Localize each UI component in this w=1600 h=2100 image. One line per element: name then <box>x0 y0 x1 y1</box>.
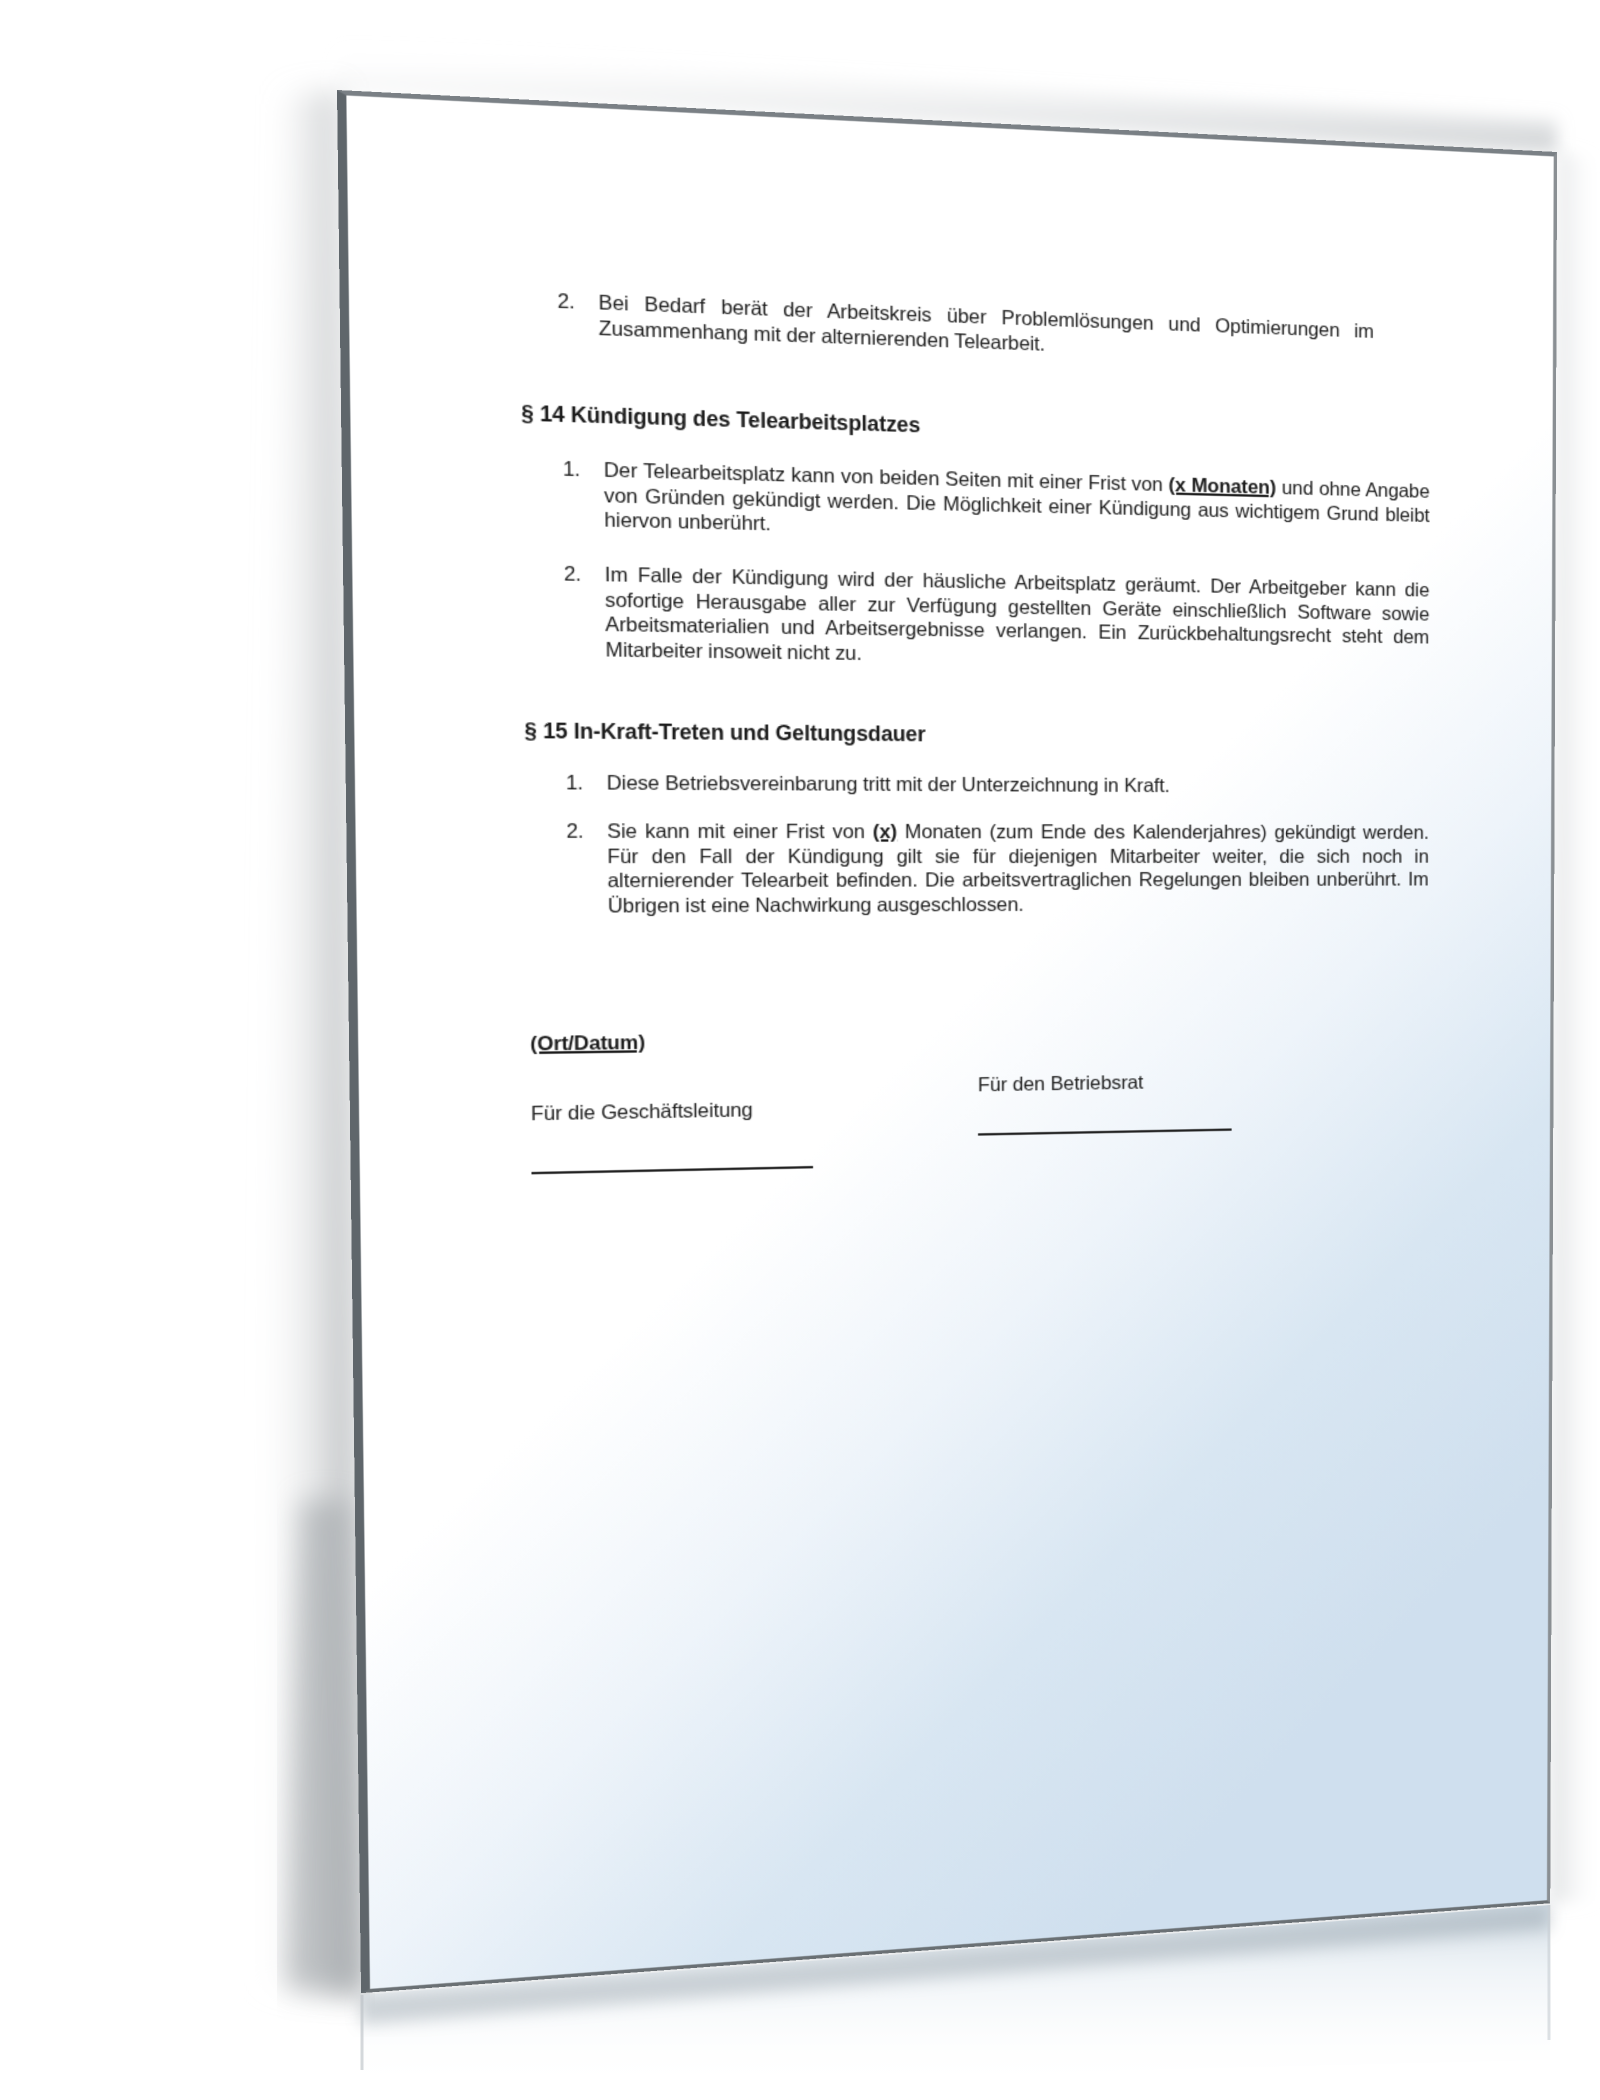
list-item: 1. Diese Betriebsvereinbarung tritt mit … <box>566 771 1443 803</box>
section-heading: § 14 Kündigung des Telearbeitsplatzes <box>521 400 1373 452</box>
list-number: 2. <box>566 820 584 845</box>
list-text: Diese Betriebsvereinbarung tritt mit der… <box>607 771 1429 799</box>
list-text: Bei Bedarf berät der Arbeitskreis über P… <box>598 291 1374 368</box>
list-item: 2. Bei Bedarf berät der Arbeitskreis übe… <box>557 289 1440 380</box>
signature-label-works-council: Für den Betriebsrat <box>978 1071 1144 1098</box>
place-date-field: (Ort/Datum) <box>530 1031 645 1057</box>
document-page: 2. Bei Bedarf berät der Arbeitskreis übe… <box>337 90 1557 1993</box>
list-text: Im Falle der Kündigung wird der häuslich… <box>605 563 1430 674</box>
list-item: 1. Der Telearbeitsplatz kann von beiden … <box>563 457 1443 561</box>
list-number: 1. <box>566 771 584 796</box>
section-heading: § 15 In-Kraft-Treten und Geltungsdauer <box>524 717 1372 750</box>
list-number: 2. <box>557 289 575 315</box>
placeholder-months: (x Monaten) <box>1169 475 1277 499</box>
signature-label-management: Für die Geschäftsleitung <box>531 1099 753 1127</box>
list-item: 2. Im Falle der Kündigung wird der häusl… <box>564 562 1443 682</box>
list-number: 2. <box>564 562 582 587</box>
signature-line-works-council <box>978 1128 1232 1135</box>
list-item: 2. Sie kann mit einer Frist von (x) Mona… <box>566 820 1442 929</box>
placeholder-x: (x) <box>873 822 897 843</box>
list-number: 1. <box>563 457 581 483</box>
place-date-label: (Ort/Datum) <box>530 1032 645 1055</box>
text-segment: Sie kann mit einer Frist von <box>607 821 873 843</box>
signature-line-management <box>531 1166 813 1174</box>
list-text: Sie kann mit einer Frist von (x) Monaten… <box>607 820 1429 919</box>
list-text: Der Telearbeitsplatz kann von beiden Sei… <box>604 458 1430 551</box>
